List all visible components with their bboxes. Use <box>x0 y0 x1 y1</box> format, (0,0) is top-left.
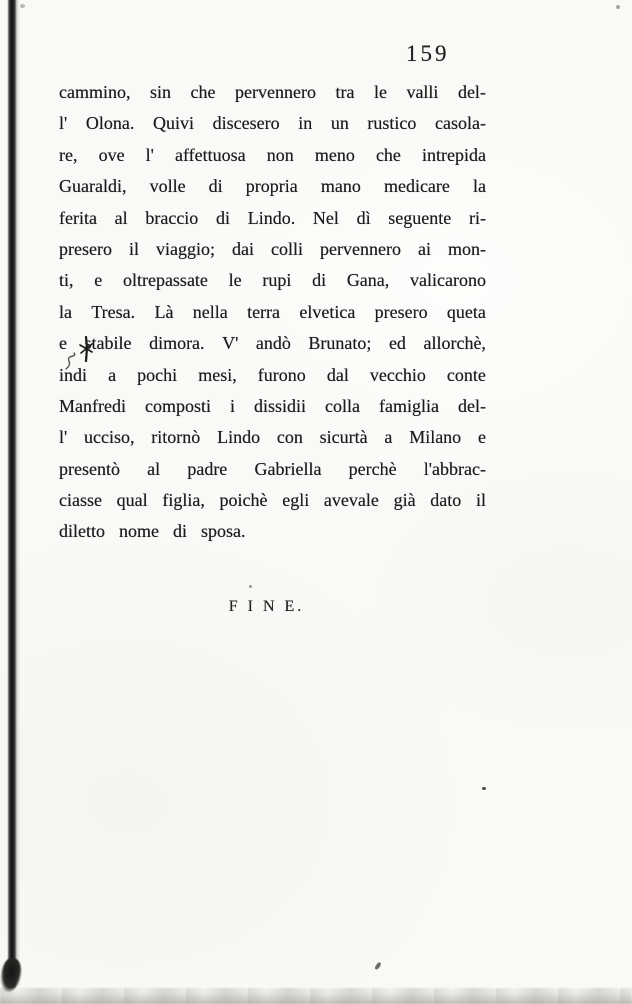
word: seguente <box>388 203 451 234</box>
word: Gana, <box>347 265 389 296</box>
word: rupi <box>262 265 291 296</box>
word: ucciso, <box>84 422 134 453</box>
word: valli <box>406 77 438 108</box>
text-line: estabiledimora.V'andòBrunato;edallorchè, <box>59 328 486 359</box>
word: propria <box>246 171 298 202</box>
text-line: cammino,sinchepervennerotralevallidel- <box>59 77 486 108</box>
word: di <box>209 171 223 202</box>
word: cammino, <box>59 77 130 108</box>
word: l' <box>59 422 67 453</box>
word: Manfredi <box>59 391 126 422</box>
word: al <box>115 203 128 234</box>
word: colli <box>271 234 303 265</box>
word: vecchio <box>370 360 426 391</box>
word: mon- <box>448 234 486 265</box>
word: presero <box>59 234 112 265</box>
word: l' <box>59 108 67 139</box>
word: braccio <box>145 203 198 234</box>
word: di <box>312 265 326 296</box>
word: Olona. <box>86 108 135 139</box>
word: dimora. <box>149 328 205 359</box>
word: Lindo <box>217 422 260 453</box>
word: Là <box>154 297 173 328</box>
word: dì <box>357 203 371 234</box>
word: dissidii <box>254 391 306 422</box>
word: di <box>216 203 230 234</box>
word: i <box>230 391 235 422</box>
word: e <box>94 265 102 296</box>
word: ove <box>99 140 125 171</box>
ink-smudge <box>79 336 93 362</box>
word: casola- <box>435 108 486 139</box>
word: composti <box>145 391 211 422</box>
word: discesero <box>213 108 280 139</box>
word: furono <box>258 360 306 391</box>
word: pervennero <box>320 234 401 265</box>
word: colla <box>325 391 360 422</box>
binding-gutter-shadow <box>16 0 20 985</box>
word: non <box>267 140 294 171</box>
word: avevale <box>324 485 379 516</box>
word: mesi, <box>198 360 237 391</box>
word: un <box>331 108 349 139</box>
end-marker: F I N E. <box>59 598 474 616</box>
word: ritornò <box>151 422 200 453</box>
word: Quivi <box>153 108 194 139</box>
word: mano <box>321 171 361 202</box>
word: sposa. <box>201 516 246 547</box>
word: perchè <box>349 454 397 485</box>
word: meno <box>315 140 355 171</box>
scan-edge-shadow <box>0 988 632 1004</box>
word: allorchè, <box>423 328 485 359</box>
word: ti, <box>59 265 74 296</box>
word: qual <box>117 485 148 516</box>
word: V' <box>222 328 238 359</box>
word: in <box>298 108 312 139</box>
body-text: cammino,sinchepervennerotralevallidel-l'… <box>59 77 486 548</box>
paper-speck <box>249 585 252 588</box>
word: egli <box>282 485 309 516</box>
word: valicarono <box>410 265 486 296</box>
text-line: dilettonomedisposa. <box>59 516 486 547</box>
word: sicurtà <box>320 422 368 453</box>
word: presentò <box>59 454 120 485</box>
word: pochi <box>137 360 177 391</box>
text-line: laTresa.Lànellaterraelveticapreseroqueta <box>59 297 486 328</box>
word: il <box>129 234 139 265</box>
text-line: ciassequalfiglia,poichèegliavevalegiàdat… <box>59 485 486 516</box>
text-line: feritaalbracciodiLindo.Neldìseguenteri- <box>59 203 486 234</box>
word: queta <box>447 297 486 328</box>
word: viaggio; <box>156 234 215 265</box>
word: sin <box>150 77 171 108</box>
word: l' <box>146 140 154 171</box>
word: a <box>108 360 116 391</box>
paper-speck <box>374 962 382 971</box>
word: che <box>376 140 401 171</box>
word: tra <box>335 77 354 108</box>
word: Milano <box>409 422 461 453</box>
word: affettuosa <box>175 140 246 171</box>
word: l'abbrac- <box>424 454 486 485</box>
text-line: presentòalpadreGabriellaperchèl'abbrac- <box>59 454 486 485</box>
word: di <box>173 516 187 547</box>
word: Tresa. <box>91 297 135 328</box>
word: al <box>147 454 160 485</box>
word: Guaraldi, <box>59 171 126 202</box>
text-line: Manfredicompostiidissidiicollafamigliade… <box>59 391 486 422</box>
word: elvetica <box>299 297 355 328</box>
word: Nel <box>313 203 339 234</box>
binding-gutter-line <box>8 0 16 988</box>
word: del- <box>458 391 486 422</box>
word: del- <box>458 77 486 108</box>
word: volle <box>150 171 186 202</box>
word: la <box>473 171 486 202</box>
word: a <box>384 422 392 453</box>
word: andò <box>256 328 291 359</box>
word: nella <box>193 297 228 328</box>
word: pervennero <box>235 77 316 108</box>
word: ed <box>389 328 406 359</box>
word: il <box>476 485 486 516</box>
word: dal <box>327 360 349 391</box>
paper-speck <box>616 5 620 9</box>
text-line: re,ovel'affettuosanonmenocheintrepida <box>59 140 486 171</box>
word: che <box>191 77 216 108</box>
word: dato <box>430 485 461 516</box>
text-line: indiapochimesi,furonodalvecchioconte <box>59 360 486 391</box>
text-line: preseroilviaggio;daicollipervenneroaimon… <box>59 234 486 265</box>
ink-squiggle <box>63 352 78 370</box>
word: con <box>277 422 303 453</box>
word: le <box>374 77 387 108</box>
word: terra <box>247 297 280 328</box>
word: ciasse <box>59 485 102 516</box>
word: già <box>394 485 416 516</box>
paper-speck <box>20 4 25 8</box>
word: ferita <box>59 203 97 234</box>
word: rustico <box>367 108 416 139</box>
word: ri- <box>469 203 486 234</box>
word: oltrepassate <box>123 265 208 296</box>
word: figlia, <box>162 485 205 516</box>
word: Gabriella <box>254 454 321 485</box>
word: intrepida <box>422 140 486 171</box>
word: ai <box>418 234 431 265</box>
word: diletto <box>59 516 105 547</box>
book-page: 159 cammino,sinchepervennerotralevallide… <box>0 0 632 1004</box>
word: medicare <box>384 171 450 202</box>
page-number: 159 <box>406 41 450 67</box>
word: conte <box>447 360 486 391</box>
word: le <box>229 265 242 296</box>
text-line: l'ucciso,ritornòLindoconsicurtàaMilanoe <box>59 422 486 453</box>
word: padre <box>187 454 227 485</box>
word: re, <box>59 140 77 171</box>
word: presero <box>375 297 428 328</box>
text-line: l'Olona.Quividisceseroinunrusticocasola- <box>59 108 486 139</box>
word: la <box>59 297 72 328</box>
text-line: Guaraldi,volledipropriamanomedicarela <box>59 171 486 202</box>
word: nome <box>119 516 159 547</box>
paper-speck <box>482 787 486 790</box>
word: poichè <box>220 485 268 516</box>
word: famiglia <box>379 391 439 422</box>
word: Lindo. <box>248 203 296 234</box>
word: e <box>478 422 486 453</box>
word: dai <box>232 234 254 265</box>
word: Brunato; <box>308 328 371 359</box>
text-line: ti,eoltrepassatelerupidiGana,valicarono <box>59 265 486 296</box>
